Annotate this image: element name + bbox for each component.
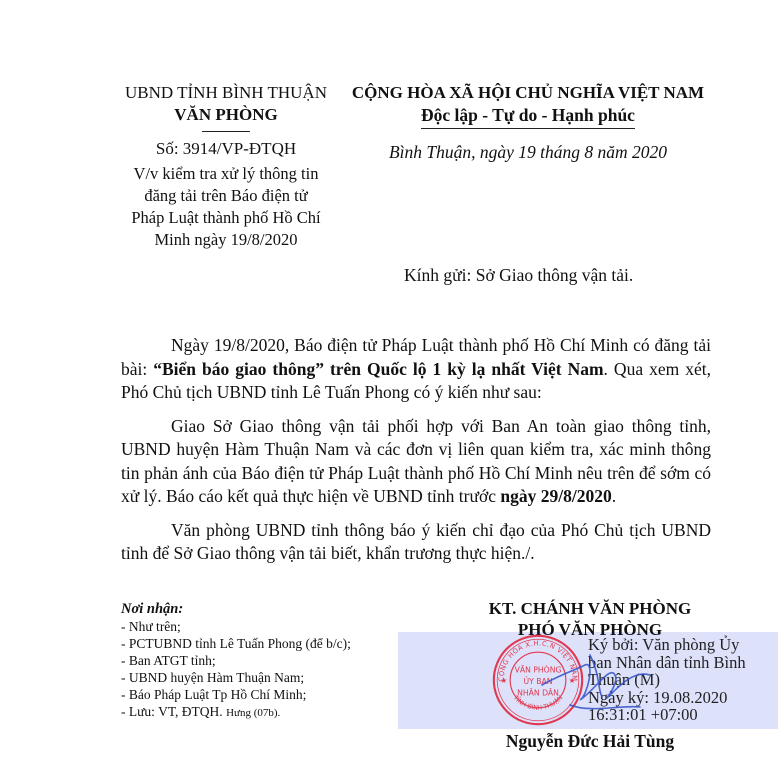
recipient-item: - PCTUBND tỉnh Lê Tuấn Phong (để b/c); (121, 635, 411, 652)
deadline: ngày 29/8/2020 (500, 486, 611, 506)
handwritten-signature-icon (540, 645, 660, 720)
document-subject: V/v kiểm tra xử lý thông tin đăng tải tr… (110, 163, 342, 251)
recipients-list: Nơi nhận: - Như trên; - PCTUBND tỉnh Lê … (121, 600, 411, 722)
national-header: CỘNG HÒA XÃ HỘI CHỦ NGHĨA VIỆT NAM Độc l… (342, 82, 714, 163)
national-motto: Độc lập - Tự do - Hạnh phúc (421, 104, 635, 129)
recipient-item: - Báo Pháp Luật Tp Hồ Chí Minh; (121, 686, 411, 703)
body-paragraph-1: Ngày 19/8/2020, Báo điện tử Pháp Luật th… (121, 334, 711, 405)
body-paragraph-3: Văn phòng UBND tỉnh thông báo ý kiến chỉ… (121, 519, 711, 566)
issuer-underline (202, 131, 250, 132)
article-title: “Biển báo giao thông” trên Quốc lộ 1 kỳ … (153, 359, 603, 379)
body-paragraph-2: Giao Sở Giao thông vận tải phối hợp với … (121, 415, 711, 509)
document-body: Ngày 19/8/2020, Báo điện tử Pháp Luật th… (121, 334, 711, 566)
signer-title: KT. CHÁNH VĂN PHÒNG PHÓ VĂN PHÒNG (440, 598, 740, 640)
signer-name: Nguyễn Đức Hải Tùng (440, 730, 740, 752)
place-date: Bình Thuận, ngày 19 tháng 8 năm 2020 (342, 141, 714, 163)
nation-name: CỘNG HÒA XÃ HỘI CHỦ NGHĨA VIỆT NAM (342, 82, 714, 104)
issuer-authority: UBND TỈNH BÌNH THUẬN (110, 82, 342, 104)
document-number: Số: 3914/VP-ĐTQH (110, 138, 342, 160)
issuer-block: UBND TỈNH BÌNH THUẬN VĂN PHÒNG Số: 3914/… (110, 82, 342, 251)
recipient-item: - Ban ATGT tỉnh; (121, 652, 411, 669)
addressee: Kính gửi: Sở Giao thông vận tải. (404, 264, 633, 286)
svg-text:★: ★ (501, 676, 508, 685)
issuer-office: VĂN PHÒNG (110, 104, 342, 126)
recipient-item: - Lưu: VT, ĐTQH. Hưng (07b). (121, 703, 411, 722)
recipients-title: Nơi nhận: (121, 600, 411, 618)
recipient-item: - UBND huyện Hàm Thuận Nam; (121, 669, 411, 686)
recipient-item: - Như trên; (121, 618, 411, 635)
